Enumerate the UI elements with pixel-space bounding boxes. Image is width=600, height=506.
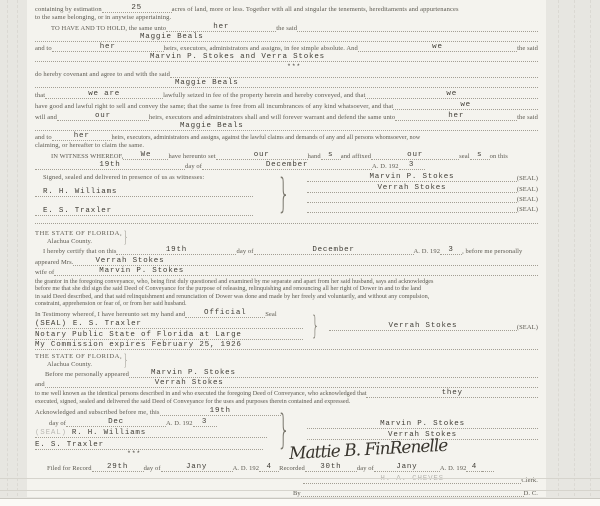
day-blank: 19th [35, 162, 185, 170]
cert-year-blank: 3 [440, 247, 462, 255]
seal-suffix: (SEAL) [517, 196, 538, 203]
county-label: Alachua County. [47, 361, 92, 368]
our-blank-2: our [371, 152, 459, 160]
warrant-blank: her [395, 113, 517, 121]
and-to-blank: her [52, 44, 164, 52]
seized-blank: we [365, 91, 538, 99]
seal-column: Marvin P. Stokes (SEAL) Verrah Stokes (S… [307, 174, 538, 216]
rec-day-blank: 30th [305, 464, 357, 472]
dower-text-2: before me that she did sign the said Dee… [35, 285, 421, 292]
ack-name: Verrah Stokes [388, 323, 457, 330]
will-blank: our [57, 113, 149, 121]
witness1-signature: R. H. Williams [43, 189, 117, 196]
appeared2-line: Before me personally appeared Marvin P. … [35, 370, 538, 378]
wife-name: Verrah Stokes [95, 258, 164, 265]
cert-year-value: 3 [448, 247, 453, 254]
seal-suffix: (SEAL) [517, 324, 538, 331]
day-value: 19th [99, 162, 120, 169]
cert-day-value: 19th [166, 247, 187, 254]
day-of-label: day of [49, 420, 66, 427]
witness1-line: R. H. Williams [35, 189, 281, 197]
signature-block: Signed, sealed and delivered in presence… [35, 174, 538, 216]
warrant-label: heirs, executors and administrators shal… [149, 114, 395, 121]
signer2-signature: Verrah Stokes [377, 185, 446, 192]
our-blank-1: our [216, 152, 308, 160]
husband-name: Marvin P. Stokes [99, 268, 184, 275]
filed-day-blank: 29th [92, 464, 144, 472]
notary-name: E. S. Traxler [73, 321, 142, 328]
known-para-line-2: executed, signed, sealed and delivered t… [35, 398, 538, 405]
hand-s-value: s [328, 152, 333, 159]
seal-line-1: Marvin P. Stokes (SEAL) [307, 174, 538, 182]
dower-para-3: in said Deed described, and that said re… [35, 293, 538, 300]
affixed-label: and affixed [341, 153, 371, 160]
witnesses-caption-line: Signed, sealed and delivered in presence… [35, 174, 281, 181]
dower-ack-line: Verrah Stokes (SEAL) [329, 323, 538, 331]
ack-year-value: 3 [202, 419, 207, 426]
known-text-2: executed, signed, sealed and delivered t… [35, 398, 350, 405]
testimony-label: In Testimony whereof, I have hereunto se… [35, 311, 185, 318]
ack-month-blank: Dec [66, 419, 166, 427]
have-hold-line: TO HAVE AND TO HOLD, the same unto her t… [35, 24, 538, 32]
the-said-label: the said [517, 45, 538, 52]
notary-title: Notary Public State of Florida at Large [35, 332, 242, 339]
the-said-label: the said [276, 25, 297, 32]
warrant-line: will and our heirs, executors and admini… [35, 113, 538, 121]
signer1-signature: Marvin P. Stokes [370, 174, 455, 181]
covenant-grantee-blank: Maggie Beals [35, 80, 538, 88]
witness2-blank: E. S. Traxler [35, 208, 253, 216]
county-line: Alachua County. [35, 361, 538, 368]
witness2-line: E. S. Traxler [35, 208, 281, 216]
wife-of-line: wife of Marvin P. Stokes [35, 268, 538, 276]
filed-label: Filed for Record [47, 465, 92, 472]
warrant-value: her [448, 113, 464, 120]
state-caption-1: THE STATE OF FLORIDA, Alachua County. } [35, 230, 538, 245]
ack-signer1-blank: Marvin P. Stokes [307, 421, 538, 429]
rec-day-value: 30th [320, 464, 341, 471]
name1-blank: Marvin P. Stokes [129, 370, 538, 378]
dower-text-4: constraint, apprehension or fear of, or … [35, 300, 187, 307]
known-para-line: to me well known as the identical person… [35, 390, 538, 398]
month-value: December [266, 162, 308, 169]
ack-day-blank: 19th [160, 408, 281, 416]
appeared-name-1: Marvin P. Stokes [151, 370, 236, 377]
appeared-line: appeared Mrs. Verrah Stokes [35, 258, 538, 266]
and-label: and [35, 381, 45, 388]
day-of-label: day of [185, 163, 202, 170]
ad-label: A. D. 192 [233, 465, 260, 472]
seized-label: lawfully seized in fee of the property h… [163, 92, 365, 99]
ack-signer1-name: Marvin P. Stokes [380, 421, 465, 428]
seal-s-value: s [477, 152, 482, 159]
commission-text: My Commission expires February 25, 1926 [35, 342, 242, 349]
ack-asterisk-line: *** [35, 450, 281, 457]
certify-line: I hereby certify that on this 19th day o… [35, 247, 538, 255]
appeared-label: appeared Mrs. [35, 259, 73, 266]
rec-month-value: Jany [396, 464, 417, 471]
before-personally-label: Before me personally appeared [45, 371, 129, 378]
notary-title-blank: Notary Public State of Florida at Large [35, 332, 303, 340]
and-to-label: and to [35, 134, 52, 141]
faint-seal-typed: (SEAL) [35, 430, 67, 437]
dower-para-1: the grantor in the foregoing conveyance,… [35, 278, 538, 285]
by-label: By [293, 490, 301, 497]
clerk-line: H. A. CHEVES Clerk. [35, 476, 538, 484]
ack-seal-col: Verrah Stokes (SEAL) [329, 321, 538, 340]
clerk-name-blank: H. A. CHEVES [303, 476, 521, 484]
witness-brace: } [277, 174, 290, 214]
wife-of-label: wife of [35, 269, 54, 276]
hand-label: hand [308, 153, 321, 160]
claims-label: heirs, executors, administrators and ass… [112, 134, 421, 141]
in-witness-line: IN WITNESS WHEREOF, We have hereunto set… [35, 152, 538, 160]
testimony-line: In Testimony whereof, I have hereunto se… [35, 310, 538, 318]
ad-label: A. D. 192 [166, 420, 193, 427]
grantee-name: Maggie Beals [140, 34, 204, 41]
scan-artifact-line [574, 0, 575, 506]
grantors-name-line: Marvin P. Stokes and Verra Stokes [35, 54, 538, 62]
rec-year-blank: 4 [466, 464, 482, 472]
deed-form: containing by estimation 25 acres of lan… [27, 0, 546, 497]
clerk-typed-name: H. A. CHEVES [380, 476, 444, 483]
acknowledged-line: Acknowledged and subscribed before me, t… [35, 408, 281, 416]
lawful-right-label: have good and lawful right to sell and c… [35, 103, 393, 110]
and-name2-line: and Verrah Stokes [35, 380, 538, 388]
right-blank: we [393, 102, 538, 110]
ack-month-value: Dec [108, 419, 124, 426]
estimation-rest: acres of land, more or less. Together wi… [172, 6, 459, 13]
claims-her-blank: her [52, 133, 112, 141]
ack-day-value: 19th [210, 408, 231, 415]
scan-artifact-line [7, 0, 8, 506]
before-me-label: , before me personally [462, 248, 522, 255]
have-hold-label: TO HAVE AND TO HOLD, the same unto [51, 25, 166, 32]
state-brace: } [123, 353, 128, 368]
seal-line-4: (SEAL) [307, 206, 538, 213]
right-value: we [460, 102, 471, 109]
ad-label: A. D. 192 [440, 465, 467, 472]
ack-notary-signature: R. H. Williams [72, 430, 146, 437]
in-witness-label: IN WITNESS WHEREOF, [51, 153, 123, 160]
appertaining-line: to the same belonging, or in anywise app… [35, 14, 538, 21]
grantee-name-line: Maggie Beals [35, 34, 538, 42]
will-and-label: will and [35, 114, 57, 121]
acknowledged-label: Acknowledged and subscribed before me, t… [35, 409, 160, 416]
estimation-label: containing by estimation [35, 6, 102, 13]
known-text-1: to me well known as the identical person… [35, 390, 366, 397]
ack-witness-line: E. S. Traxler [35, 442, 281, 450]
empty-seal-blank [307, 212, 517, 213]
ack-notary-line: (SEAL)R. H. Williams [35, 430, 281, 438]
section-divider [35, 221, 538, 224]
witnesses-caption: Signed, sealed and delivered in presence… [43, 174, 204, 181]
filed-year-blank: 4 [259, 464, 279, 472]
claiming-line: claiming, or hereafter to claim the same… [35, 142, 538, 149]
state-line: THE STATE OF FLORIDA, [35, 353, 538, 360]
have-hold-blank: her [166, 24, 276, 32]
signer1-blank: Marvin P. Stokes [307, 174, 517, 182]
warrant-grantee-blank: Maggie Beals [35, 123, 538, 131]
day-of-label: day of [236, 248, 253, 255]
ack-signer1-line: Marvin P. Stokes [307, 421, 538, 429]
rec-month-blank: Jany [374, 464, 440, 472]
dotted-blank [482, 471, 494, 472]
witness2-signature: E. S. Traxler [43, 208, 112, 215]
notary-left: (SEAL)E. S. Traxler Notary Public State … [35, 321, 303, 340]
rec-year-value: 4 [472, 464, 477, 471]
dc-label: D. C. [524, 490, 538, 497]
ack-witness-blank: E. S. Traxler [35, 442, 263, 450]
cert-day-blank: 19th [116, 247, 236, 255]
covenant-grantee-name: Maggie Beals [175, 80, 239, 87]
ad-label: A. D. 192 [372, 163, 399, 170]
have-hold-value: her [213, 24, 229, 31]
dotted-blank [297, 31, 538, 32]
dotted-blank [170, 77, 538, 78]
commission-line: My Commission expires February 25, 1926 [35, 342, 538, 350]
lawful-right-line: have good and lawful right to sell and c… [35, 102, 538, 110]
cert-month-blank: December [254, 247, 414, 255]
on-this-label: on this [490, 153, 508, 160]
covenant-grantee-line: Maggie Beals [35, 80, 538, 88]
filed-day-value: 29th [107, 464, 128, 471]
official-blank: Official [185, 310, 265, 318]
official-value: Official [204, 310, 246, 317]
scan-artifact-line [17, 0, 18, 506]
that-value: we are [88, 91, 120, 98]
witness-we-value: We [141, 152, 152, 159]
notary-sig-blank: (SEAL)E. S. Traxler [35, 321, 303, 329]
year-blank: 3 [399, 162, 425, 170]
ack-notary-blank: (SEAL)R. H. Williams [35, 430, 267, 438]
seal-suffix: (SEAL) [517, 186, 538, 193]
name2-blank: Verrah Stokes [45, 380, 538, 388]
warrant-grantee-name: Maggie Beals [180, 123, 244, 130]
scan-artifact-line [590, 0, 591, 506]
deputy-line: By D. C. [35, 490, 538, 497]
county-line: Alachua County. [35, 238, 538, 245]
wife-name-blank: Verrah Stokes [73, 258, 538, 266]
covenant-line: do hereby covenant and agree to and with… [35, 71, 538, 78]
seal-typed: (SEAL) [35, 321, 67, 328]
estimation-line: containing by estimation 25 acres of lan… [35, 5, 538, 13]
seized-line: that we are lawfully seized in fee of th… [35, 91, 538, 99]
heirs-line: and to her heirs, executors, administrat… [35, 44, 538, 52]
seal-line-3: (SEAL) [307, 196, 538, 203]
year-value: 3 [409, 162, 414, 169]
our-value-2: our [407, 152, 423, 159]
cert-month-value: December [312, 247, 354, 254]
claims-her-value: her [74, 133, 90, 140]
witness-column: Signed, sealed and delivered in presence… [35, 174, 281, 216]
state-line: THE STATE OF FLORIDA, [35, 230, 538, 237]
our-value-1: our [254, 152, 270, 159]
they-value: they [442, 390, 463, 397]
will-value: our [95, 113, 111, 120]
ack-left-column: Acknowledged and subscribed before me, t… [35, 408, 281, 457]
that-blank: we are [45, 91, 163, 99]
state-label: THE STATE OF FLORIDA, [35, 353, 122, 360]
heirs-fee-label: heirs, executors, administrators and ass… [164, 45, 358, 52]
acreage-value: 25 [131, 5, 142, 12]
we-blank: We [123, 152, 168, 160]
appertaining-label: to the same belonging, or in anywise app… [35, 14, 171, 21]
county-label: Alachua County. [47, 238, 92, 245]
seal-suffix: (SEAL) [517, 206, 538, 213]
filed-month-value: Jany [186, 464, 207, 471]
testimony-block: In Testimony whereof, I have hereunto se… [35, 310, 538, 350]
seal-word-label: Seal [265, 311, 277, 318]
signer2-blank: Verrah Stokes [307, 185, 517, 193]
acreage-blank: 25 [102, 5, 172, 13]
deputy-blank [301, 496, 524, 497]
witness1-blank: R. H. Williams [35, 189, 253, 197]
seized-value: we [446, 91, 457, 98]
seal-s-blank: s [470, 152, 490, 160]
hand-s-blank: s [321, 152, 341, 160]
dower-para-4: constraint, apprehension or fear of, or … [35, 300, 538, 307]
covenant-label: do hereby covenant and agree to and with… [35, 71, 170, 78]
that-label: that [35, 92, 45, 99]
scanned-deed-page: containing by estimation 25 acres of lan… [0, 0, 600, 506]
ack-dayof-line: day of Dec A. D. 192 3 [35, 419, 281, 427]
hereunto-set-label: have hereunto set [168, 153, 215, 160]
and-to-label: and to [35, 45, 52, 52]
they-blank: they [366, 390, 538, 398]
asterisk-line: *** [35, 63, 538, 70]
grantee-blank: Maggie Beals [35, 34, 538, 42]
notary-seal-row: (SEAL)E. S. Traxler Notary Public State … [35, 321, 538, 340]
month-blank: December [202, 162, 372, 170]
husband-name-blank: Marvin P. Stokes [54, 268, 538, 276]
notary-title-line: Notary Public State of Florida at Large [35, 332, 303, 340]
certify-label: I hereby certify that on this [43, 248, 116, 255]
and-to-value: her [100, 44, 116, 51]
ad-label: A. D. 192 [414, 248, 441, 255]
asterisk-mark: *** [127, 450, 141, 457]
seal-word-label: seal [459, 153, 470, 160]
empty-seal-blank [307, 202, 517, 203]
claims-line: and to her heirs, executors, administrat… [35, 133, 538, 141]
dower-text-1: the grantor in the foregoing conveyance,… [35, 278, 433, 285]
appeared-name-2: Verrah Stokes [155, 380, 224, 387]
clerk-label: Clerk. [521, 477, 538, 484]
seal-line-2: Verrah Stokes (SEAL) [307, 185, 538, 193]
the-said-label: the said [517, 114, 538, 121]
filed-year-value: 4 [266, 464, 271, 471]
state-caption-2: THE STATE OF FLORIDA, Alachua County. } [35, 353, 538, 368]
grantors-names: Marvin P. Stokes and Verra Stokes [150, 54, 325, 61]
dower-para-2: before me that she did sign the said Dee… [35, 285, 538, 292]
ack-year-blank: 3 [193, 419, 217, 427]
seal-suffix: (SEAL) [517, 175, 538, 182]
filed-month-blank: Jany [161, 464, 233, 472]
next-page-edge [0, 498, 600, 506]
state-label: THE STATE OF FLORIDA, [35, 230, 122, 237]
day-of-label: day of [357, 465, 374, 472]
we-blank: we [358, 44, 517, 52]
recorded-label: Recorded [279, 465, 305, 472]
warrant-grantee-line: Maggie Beals [35, 123, 538, 131]
state-brace: } [123, 230, 128, 245]
dower-text-3: in said Deed described, and that said re… [35, 293, 429, 300]
day-of-label: day of [144, 465, 161, 472]
notary-brace: } [311, 313, 319, 339]
ack-witness-signature: E. S. Traxler [35, 442, 104, 449]
commission-blank: My Commission expires February 25, 1926 [35, 342, 538, 350]
grantors-blank: Marvin P. Stokes and Verra Stokes [35, 54, 538, 62]
filed-line: Filed for Record 29th day of Jany A. D. … [35, 464, 538, 472]
date-line: 19th day of December A. D. 192 3 [35, 162, 538, 170]
ack-name-blank: Verrah Stokes [329, 323, 517, 331]
notary-signature-line: (SEAL)E. S. Traxler [35, 321, 303, 329]
asterisk-mark: *** [287, 63, 301, 70]
we-value: we [432, 44, 443, 51]
claiming-label: claiming, or hereafter to claim the same… [35, 142, 144, 149]
scan-artifact-line [558, 0, 559, 506]
